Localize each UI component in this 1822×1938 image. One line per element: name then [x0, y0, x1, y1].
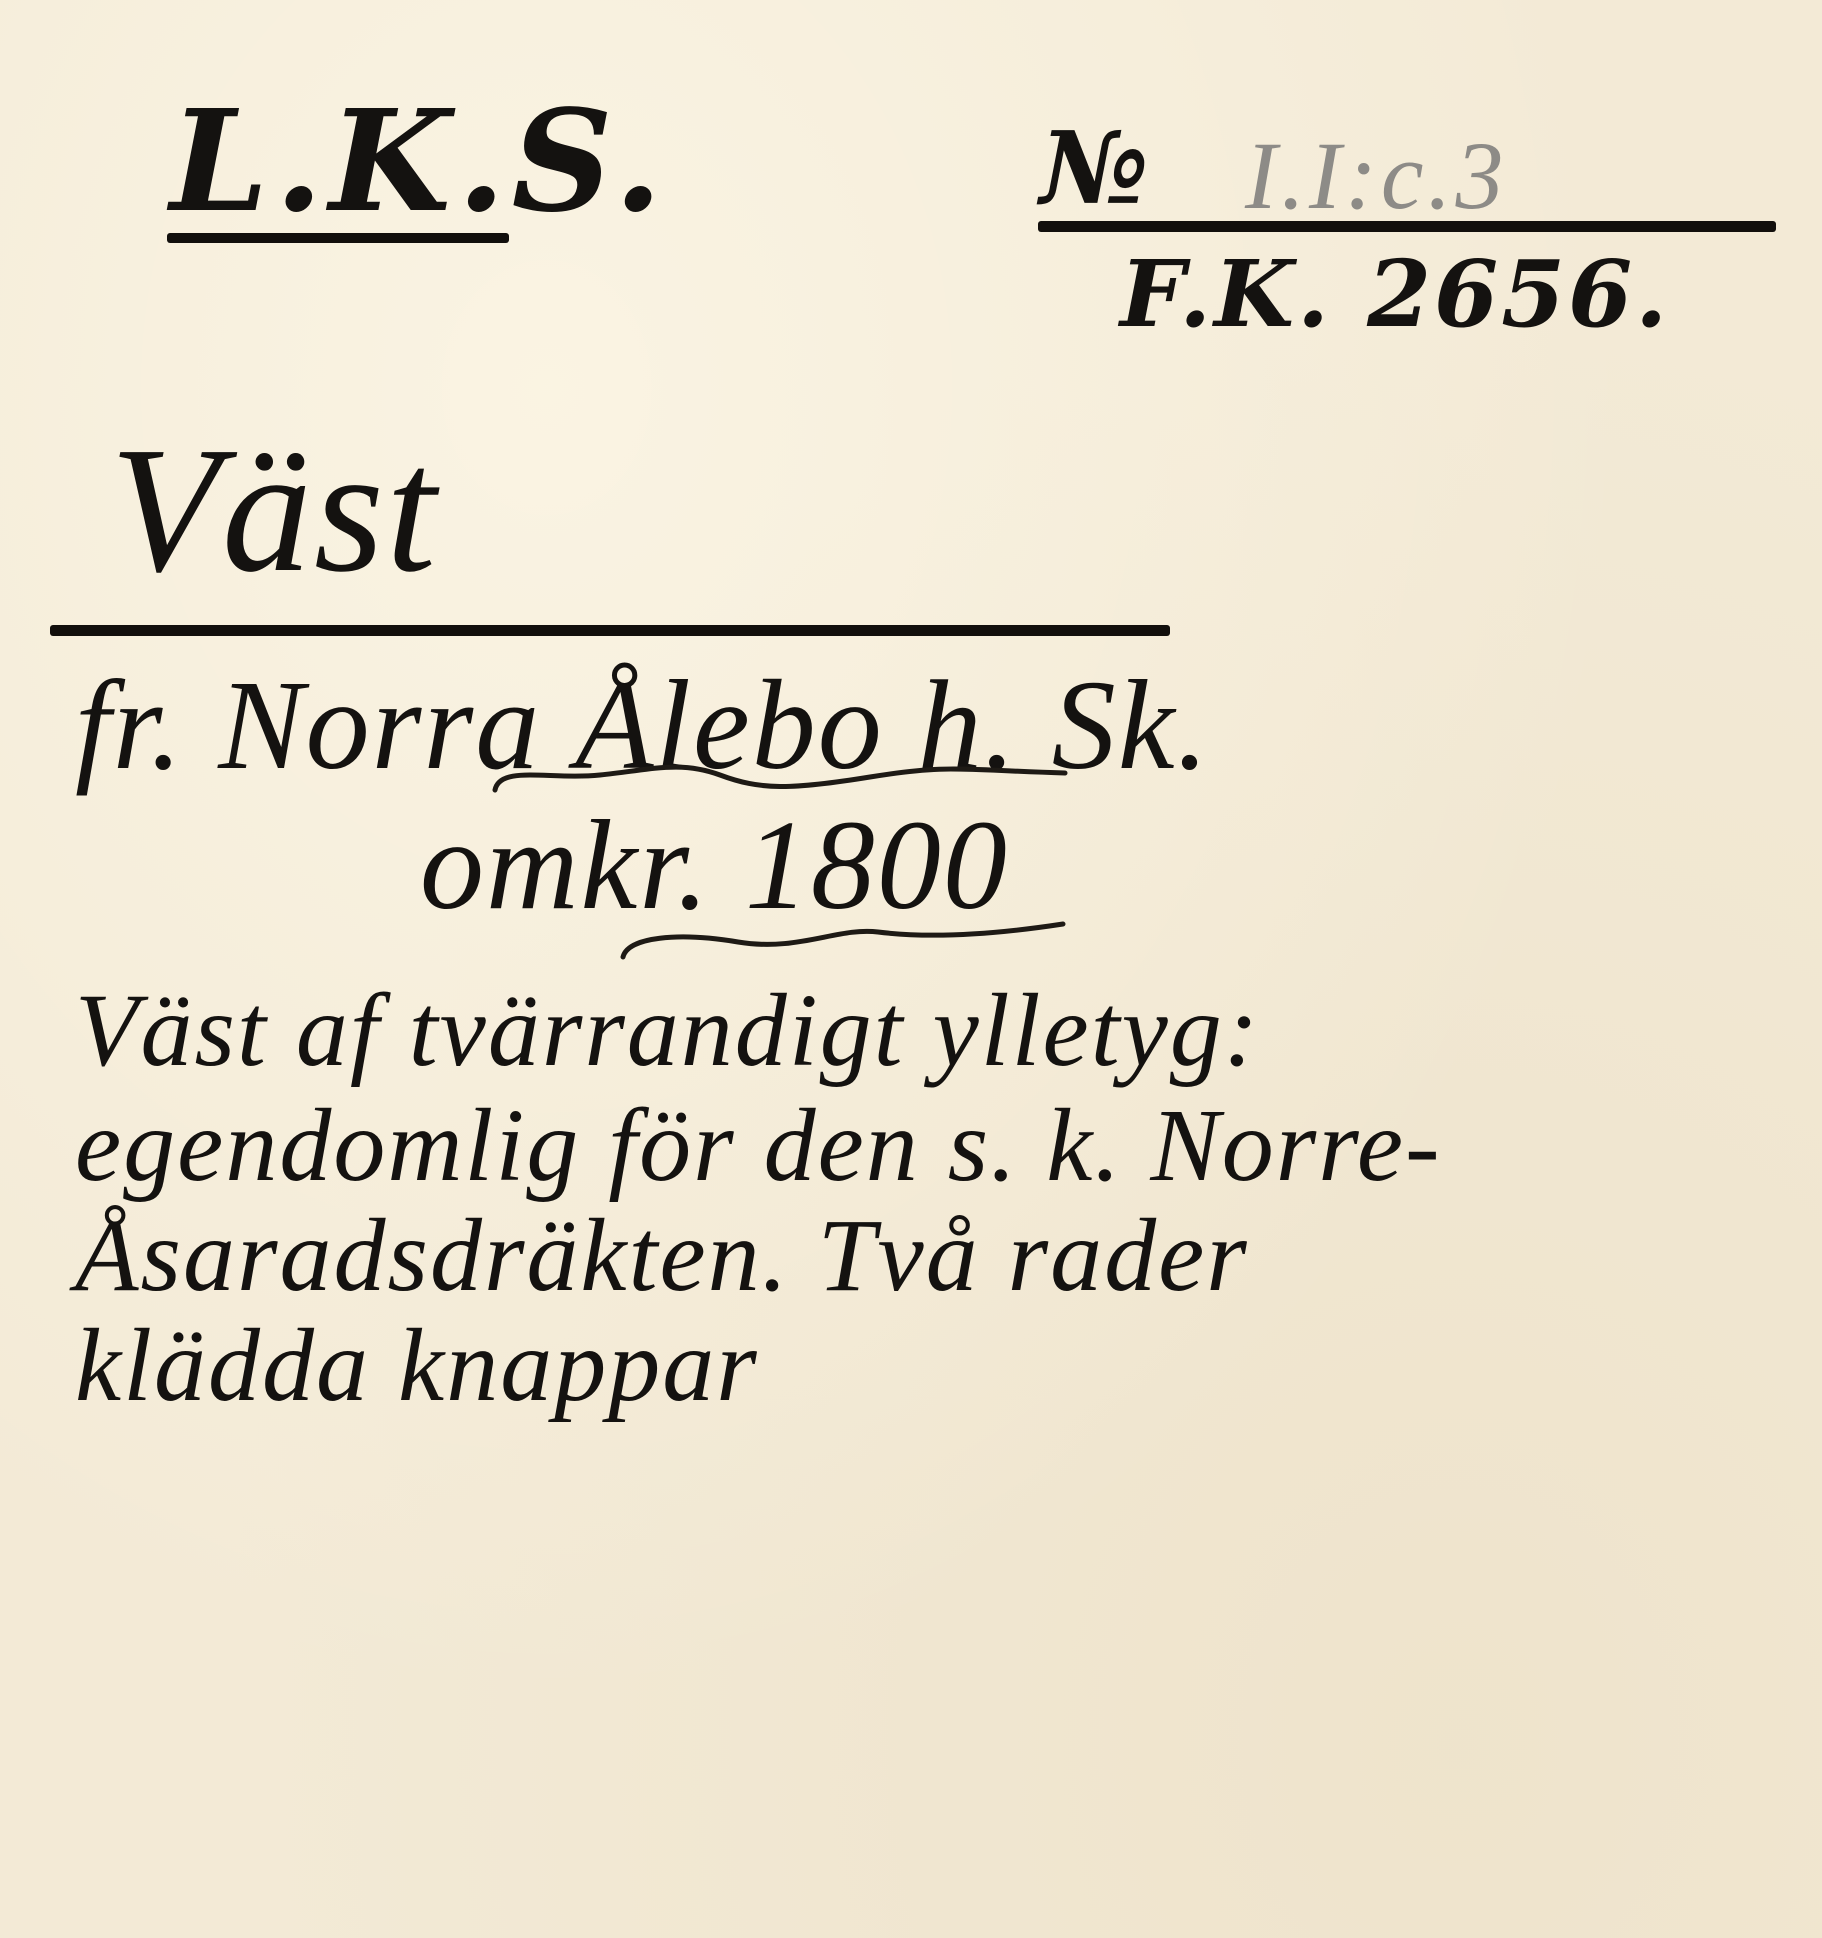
- catalog-number: I.I:c.3: [1245, 128, 1508, 224]
- origin-wavy-underline: [490, 755, 1070, 795]
- number-label: №: [1040, 118, 1149, 218]
- fk-number: F.K. 2656.: [1120, 248, 1670, 340]
- description-line-4: klädda knappar: [75, 1310, 759, 1422]
- number-rule: [1038, 221, 1776, 232]
- catalog-card: L.K.S. № I.I:c.3 F.K. 2656. Väst fr. Nor…: [0, 0, 1822, 1938]
- collection-abbrev: L.K.S.: [170, 92, 668, 232]
- title-rule: [50, 625, 1170, 636]
- description-line-1: Väst af tvärrandigt ylletyg:: [75, 975, 1260, 1087]
- collection-underline: [167, 233, 509, 243]
- description-line-2: egendomlig för den s. k. Norre-: [75, 1090, 1442, 1202]
- description-line-3: Åsaradsdräkten. Två rader: [75, 1200, 1249, 1312]
- object-title: Väst: [110, 420, 438, 600]
- date-wavy-underline: [618, 912, 1068, 962]
